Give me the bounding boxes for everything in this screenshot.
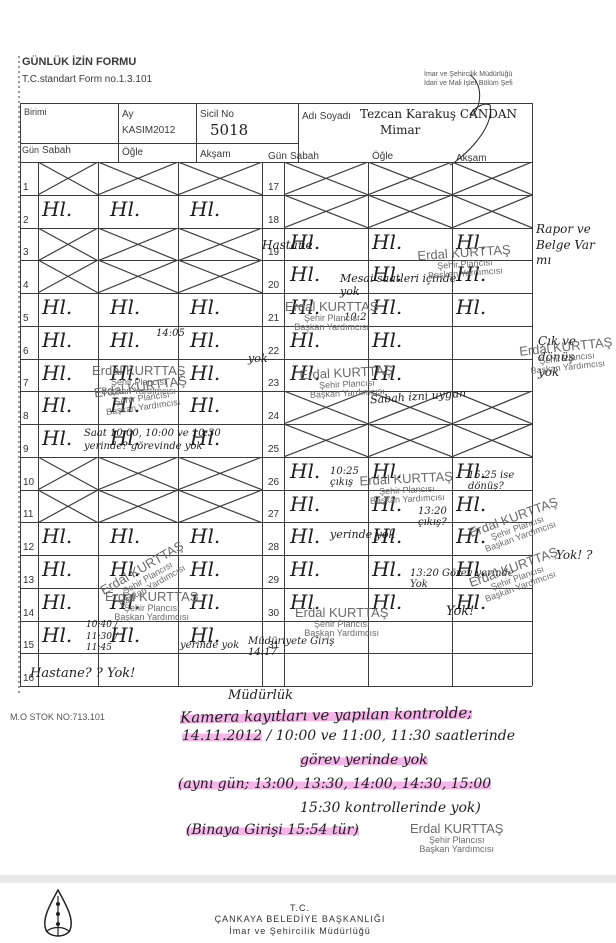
stamp-name: Erdal KURTTAŞ [410, 822, 503, 836]
note-row19: Hastane [262, 238, 313, 252]
day-number-left: 13 [23, 575, 34, 586]
note-row30: Yok! [446, 604, 474, 619]
ay-label: Ay [122, 109, 134, 120]
official-stamp: Erdal KURTTAŞŞehir PlancısıBaşkan Yardım… [295, 606, 388, 639]
day-number-left: 10 [23, 477, 34, 488]
day-number-left: 9 [23, 444, 29, 455]
initial-signature: Hl. [190, 328, 220, 352]
stamp-title-2: Başkan Yardımcısı [105, 613, 198, 622]
initial-signature: Hl. [456, 295, 486, 319]
note-line-4: (aynı gün; 13:00, 13:30, 14:00, 14:30, 1… [178, 776, 491, 792]
crossed-out-cell [452, 162, 532, 195]
stamp-title-2: Başkan Yardımcısı [295, 629, 388, 638]
note-row28: yerinde yok [330, 528, 395, 541]
note-row16: Hastane? ? Yok! [30, 666, 135, 681]
initial-signature: Hl. [110, 328, 140, 352]
day-number-right: 23 [268, 378, 279, 389]
initial-signature: Hl. [42, 623, 72, 647]
col-sabah-right: Sabah [290, 151, 319, 162]
note-row31: Müdüriyete Giriş 14:17 [248, 636, 338, 658]
crossed-out-cell [284, 195, 368, 228]
day-number-right: 24 [268, 411, 279, 422]
initial-signature: Hl. [190, 361, 220, 385]
initial-signature: Hl. [372, 557, 402, 581]
initial-signature: Hl. [42, 557, 72, 581]
col-ogle-left: Öğle [122, 147, 143, 158]
crossed-out-cell [178, 260, 262, 293]
note-row9: Saat 10:00, 10:00 ve 10:30 yerinde? göre… [84, 428, 264, 453]
crossed-out-cell [98, 162, 178, 195]
grid-rule [20, 359, 532, 360]
crossed-out-cell [452, 424, 532, 457]
crossed-out-cell [98, 228, 178, 261]
initial-signature: Hl. [190, 557, 220, 581]
note-line-6: (Binaya Girişi 15:54 tür) [186, 822, 359, 838]
sicil-label: Sicil No [200, 109, 234, 120]
day-number-left: 8 [23, 411, 29, 422]
col-aksam-left: Akşam [200, 149, 231, 160]
footer-line-3: İmar ve Şehircilik Müdürlüğü [150, 926, 450, 937]
official-stamp: Erdal KURTTAŞŞehir PlancısıBaşkan Yardım… [410, 822, 503, 855]
note-row15: yerinde yok [180, 640, 239, 651]
initial-signature: Hl. [42, 590, 72, 614]
note-row6-time: 14:05 [156, 328, 185, 339]
initial-signature: Hl. [42, 393, 72, 417]
initial-signature: Hl. [42, 426, 72, 450]
crossed-out-cell [284, 162, 368, 195]
note-row14-times: 10:40 / 11:30 / 11:45 [86, 620, 146, 655]
day-number-left: 6 [23, 346, 29, 357]
day-number-left: 1 [23, 182, 29, 193]
form-title: GÜNLÜK İZİN FORMU [22, 56, 136, 68]
initial-signature: Hl. [190, 393, 220, 417]
note-date: 14.11.2012 [182, 728, 262, 744]
initial-signature: Hl. [42, 524, 72, 548]
crossed-out-cell [38, 260, 98, 293]
initial-signature: Hl. [290, 492, 320, 516]
col-gun-left: Gün [22, 145, 39, 155]
col-gun-right: Gün [268, 151, 287, 162]
footer-line-1: T.C. [150, 903, 450, 914]
crossed-out-cell [178, 457, 262, 490]
day-number-right: 29 [268, 575, 279, 586]
note-row6: yok [248, 352, 268, 365]
day-number-left: 12 [23, 542, 34, 553]
day-number-right: 20 [268, 280, 279, 291]
official-stamp: Erdal KURTTAŞŞehir PlancısıBaşkan Yardım… [285, 300, 378, 333]
crossed-out-cell [38, 228, 98, 261]
note-row27: 13:20 çıkış? [418, 506, 463, 528]
day-number-left: 7 [23, 378, 29, 389]
initial-signature: Hl. [190, 524, 220, 548]
day-number-left: 14 [23, 608, 34, 619]
initial-signature: Hl. [110, 295, 140, 319]
grid-column-rule [532, 162, 533, 686]
grid-rule [20, 326, 532, 327]
col-sabah-left: Sabah [42, 145, 71, 156]
initial-signature: Hl. [42, 295, 72, 319]
crossed-out-cell [368, 162, 452, 195]
stock-number: M.O STOK NO:713.101 [10, 712, 105, 722]
day-number-right: 17 [268, 182, 279, 193]
grid-rule [20, 555, 532, 556]
day-number-left: 5 [23, 313, 29, 324]
initial-signature: Hl. [110, 197, 140, 221]
form-header-row: Birimi Ay KASIM2012 Sicil No 5018 Adı So… [20, 103, 532, 163]
crossed-out-cell [368, 195, 452, 228]
stamp-title-2: Başkan Yardımcısı [285, 323, 378, 332]
footer-text: T.C. ÇANKAYA BELEDİYE BAŞKANLIĞI İmar ve… [150, 903, 450, 937]
right-margin-note-top: Rapor ve Belge Var mı [536, 222, 606, 269]
crossed-out-cell [284, 424, 368, 457]
official-stamp: Erdal KURTTAŞŞehir PlancısıBaşkan Yardım… [105, 590, 198, 623]
adsoyad-value: Tezcan Karakuş CANDAN [360, 107, 517, 121]
official-stamp: Erdal KURTTAŞŞehir PlancısıBaşkan Yardım… [359, 470, 454, 507]
official-stamp: Erdal KURTTAŞŞehir PlancısıBaşkan Yardım… [299, 364, 394, 401]
note-heading: Müdürlük [228, 688, 293, 703]
day-number-left: 3 [23, 247, 29, 258]
unvan-value: Mimar [380, 123, 420, 137]
day-number-right: 21 [268, 313, 279, 324]
day-number-right: 27 [268, 509, 279, 520]
initial-signature: Hl. [290, 524, 320, 548]
note-line-4-text: (aynı gün; 13:00, 13:30, 14:00, 14:30, 1… [178, 776, 491, 792]
crossed-out-cell [38, 490, 98, 523]
initial-signature: Hl. [42, 197, 72, 221]
note-row26: 15:25 ise dönüş? [468, 470, 528, 492]
day-number-right: 22 [268, 346, 279, 357]
note-line-6-text: (Binaya Girişi 15:54 tür) [186, 822, 359, 838]
ay-value: KASIM2012 [122, 125, 175, 136]
initial-signature: Hl. [42, 361, 72, 385]
crossed-out-cell [452, 195, 532, 228]
note-line-2-rest: 10:00 ve 11:00, 11:30 saatlerinde [276, 728, 515, 744]
official-stamp: Erdal KURTTAŞŞehir PlancısıBaşkan Yardım… [417, 243, 512, 282]
crossed-out-cell [98, 260, 178, 293]
initial-signature: Hl. [372, 230, 402, 254]
crossed-out-cell [178, 228, 262, 261]
official-stamp: Erdal KURTTAŞŞehir PlancısıBaşkan Yardım… [519, 335, 615, 377]
adsoyad-label: Adı Soyadı [302, 111, 351, 122]
note-line-2: 14.11.2012 / 10:00 ve 11:00, 11:30 saatl… [182, 728, 515, 744]
initial-signature: Hl. [42, 328, 72, 352]
day-number-left: 11 [23, 509, 33, 520]
day-number-right: 25 [268, 444, 279, 455]
initial-signature: Hl. [190, 197, 220, 221]
day-number-right: 26 [268, 477, 279, 488]
day-number-right: 18 [268, 215, 279, 226]
note-line-5: 15:30 kontrollerinde yok) [300, 800, 481, 816]
crossed-out-cell [178, 162, 262, 195]
note-line-1-text: Kamera kayıtları ve yapılan kontrolde; [180, 703, 473, 726]
stamp-name: Erdal KURTTAŞ [285, 300, 378, 314]
initial-signature: Hl. [190, 295, 220, 319]
grid-column-rule [20, 162, 21, 686]
day-number-right: 28 [268, 542, 279, 553]
grid-rule [20, 686, 532, 687]
day-number-left: 2 [23, 215, 29, 226]
crossed-out-cell [98, 490, 178, 523]
stamp-name: Erdal KURTTAŞ [295, 606, 388, 620]
crossed-out-cell [38, 162, 98, 195]
day-number-right: 30 [268, 608, 279, 619]
stamp-title-2: Başkan Yardımcısı [410, 845, 503, 854]
crossed-out-cell [98, 457, 178, 490]
initial-signature: Hl. [290, 557, 320, 581]
stamp-name: Erdal KURTTAŞ [105, 590, 198, 604]
page-separator [0, 875, 616, 883]
initial-signature: Hl. [290, 459, 320, 483]
initial-signature: Hl. [290, 262, 320, 286]
form-standard-number: T.C.standart Form no.1.3.101 [22, 74, 152, 85]
initial-signature: Hl. [110, 524, 140, 548]
right-margin-note-low: Yok! ? [556, 548, 592, 562]
birimi-label: Birimi [24, 107, 47, 117]
crossed-out-cell [178, 490, 262, 523]
sicil-value: 5018 [210, 121, 248, 139]
note-line-3: görev yerinde yok [300, 752, 428, 768]
footer-line-2: ÇANKAYA BELEDİYE BAŞKANLIĞI [150, 914, 450, 925]
municipality-logo-icon [38, 888, 78, 943]
crossed-out-cell [368, 424, 452, 457]
crossed-out-cell [38, 457, 98, 490]
note-line-1: Kamera kayıtları ve yapılan kontrolde; [180, 703, 473, 726]
col-ogle-right: Öğle [372, 151, 393, 162]
day-number-left: 4 [23, 280, 29, 291]
day-number-left: 15 [23, 640, 34, 651]
note-line-3-text: görev yerinde yok [300, 752, 428, 768]
